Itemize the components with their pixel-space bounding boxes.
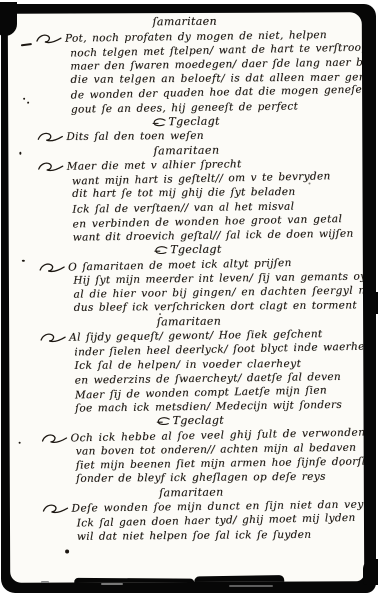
heading-curl-flourish	[152, 117, 166, 127]
frame-edge-blob	[370, 292, 378, 314]
page-border-frame: ſamaritaenPot, noch profaten dy mogen de…	[1, 4, 376, 593]
handwritten-text: Tgeclagt	[170, 243, 222, 256]
ink-speck	[19, 442, 21, 444]
ink-speck	[19, 152, 21, 155]
frame-edge-blob	[194, 575, 284, 583]
handwritten-text: Ick ſal de helpen/ in voeder claerheyt	[74, 357, 301, 371]
speaker-heading: ſamaritaen	[34, 13, 354, 30]
ink-speck	[65, 550, 69, 554]
ink-speck	[308, 182, 310, 184]
paraph-flourish	[41, 432, 67, 445]
verse-line: wil dat niet helpen ſoe ſal ick ſe ſuyde…	[77, 527, 361, 544]
paraph-flourish	[38, 161, 64, 173]
scan-noise	[41, 581, 49, 583]
handwritten-text: gout ſe an dees, hij geneeſt de perfect	[71, 100, 298, 115]
manuscript-page: ſamaritaenPot, noch profaten dy mogen de…	[8, 12, 364, 583]
paraph-flourish	[39, 261, 65, 274]
paraph-flourish	[36, 32, 62, 44]
ink-speck	[27, 102, 29, 104]
ink-speck	[23, 98, 25, 100]
frame-corner-blob	[0, 2, 17, 36]
handwritten-text: Tgeclagt	[173, 414, 225, 427]
heading-curl-flourish	[154, 245, 168, 255]
paraph-flourish	[40, 332, 66, 344]
handwritten-text: O ſamaritaen de moet ick altyt prijſen	[68, 257, 292, 273]
handwritten-text: ſamaritaen	[153, 143, 219, 157]
handwritten-text: dit hart ſe tot mij ghij die ſyt beladen	[72, 186, 295, 200]
manuscript-scan: { "manuscript": { "colors": { "ink": "#1…	[0, 0, 378, 600]
handwritten-text: dus bleef ick verſchricken dort clagt en…	[74, 300, 357, 314]
handwritten-text: Dits ſal den toen weſen	[66, 130, 204, 143]
ink-speck	[22, 260, 25, 262]
paraph-flourish	[42, 503, 68, 515]
handwritten-text: wil dat niet helpen ſoe ſal ick ſe ſuyde…	[77, 528, 312, 542]
scan-noise	[229, 585, 273, 587]
handwriting-layer: ſamaritaenPot, noch profaten dy mogen de…	[8, 12, 364, 583]
frame-edge-blob	[74, 578, 194, 583]
handwritten-text: ſonder de bleyf ick gheſlagen op deſe re…	[76, 471, 326, 485]
heading-curl-flourish	[157, 416, 171, 426]
handwritten-text: Tgeclagt	[168, 114, 220, 128]
verse-line: Ick ſal de helpen/ in voeder claerheyt	[74, 356, 358, 373]
handwritten-text: ſamaritaen	[152, 15, 217, 29]
verse-line: dus bleef ick verſchricken dort clagt en…	[74, 299, 358, 316]
frame-corner-blob	[363, 559, 378, 585]
ink-speck	[159, 313, 161, 315]
paraph-flourish	[37, 131, 63, 143]
scan-noise	[101, 583, 123, 585]
handwritten-text: ſamaritaen	[157, 314, 222, 328]
ink-speck	[340, 464, 342, 466]
handwritten-text: ſamaritaen	[159, 485, 224, 499]
